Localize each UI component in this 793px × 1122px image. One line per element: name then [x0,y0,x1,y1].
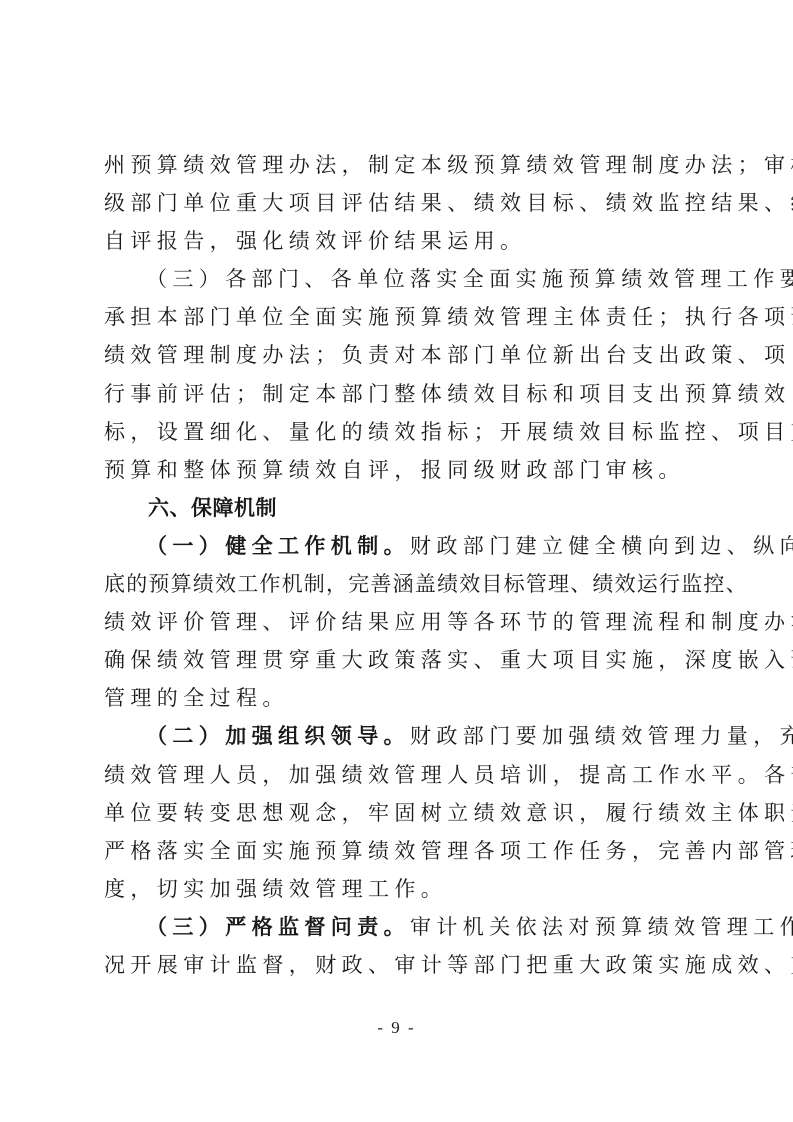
page-number: - 9 - [0,1018,793,1038]
paragraph-line: 况开展审计监督，财政、审计等部门把重大政策实施成效、支出 [104,946,692,984]
paragraph-line: 绩效评价管理、评价结果应用等各环节的管理流程和制度办法， [104,603,692,641]
paragraph-line: 绩效管理人员，加强绩效管理人员培训，提高工作水平。各部门 [104,756,692,794]
section-heading: 六、保障机制 [104,489,692,527]
paragraph-line: （三）各部门、各单位落实全面实施预算绩效管理工作要求， [104,260,692,298]
paragraph-line: 严格落实全面实施预算绩效管理各项工作任务，完善内部管理制 [104,832,692,870]
paragraph-line: 州预算绩效管理办法，制定本级预算绩效管理制度办法；审核本 [104,146,692,184]
document-body: 州预算绩效管理办法，制定本级预算绩效管理制度办法；审核本 级部门单位重大项目评估… [104,146,694,984]
paragraph-line: 标，设置细化、量化的绩效指标；开展绩效目标监控、项目支出 [104,413,692,451]
subsection-title: （三）严格监督问责。 [146,914,410,939]
paragraph-line: 单位要转变思想观念，牢固树立绩效意识，履行绩效主体职责， [104,794,692,832]
subsection-title: （一）健全工作机制。 [146,533,410,558]
paragraph-line: 预算和整体预算绩效自评，报同级财政部门审核。 [104,451,692,489]
paragraph-line: 绩效管理制度办法；负责对本部门单位新出台支出政策、项目进 [104,336,692,374]
paragraph-line: （三）严格监督问责。审计机关依法对预算绩效管理工作情 [104,908,692,946]
paragraph-line: （一）健全工作机制。财政部门建立健全横向到边、纵向到 [104,527,692,565]
paragraph-line: 级部门单位重大项目评估结果、绩效目标、绩效监控结果、绩效 [104,184,692,222]
paragraph-line: 管理的全过程。 [104,679,692,717]
paragraph-text: 财政部门要加强绩效管理力量，充实 [410,724,793,748]
paragraph-line: 度，切实加强绩效管理工作。 [104,870,692,908]
paragraph-line: 承担本部门单位全面实施预算绩效管理主体责任；执行各项预算 [104,298,692,336]
paragraph-line: 底的预算绩效工作机制，完善涵盖绩效目标管理、绩效运行监控、 [104,565,692,603]
paragraph-text: 财政部门建立健全横向到边、纵向到 [410,534,793,558]
paragraph-line: 确保绩效管理贯穿重大政策落实、重大项目实施，深度嵌入预算 [104,641,692,679]
document-page: 州预算绩效管理办法，制定本级预算绩效管理制度办法；审核本 级部门单位重大项目评估… [0,0,793,1122]
paragraph-line: 行事前评估；制定本部门整体绩效目标和项目支出预算绩效目 [104,375,692,413]
paragraph-line: 自评报告，强化绩效评价结果运用。 [104,222,692,260]
subsection-title: （二）加强组织领导。 [146,723,410,748]
paragraph-text: 审计机关依法对预算绩效管理工作情 [410,915,793,939]
paragraph-line: （二）加强组织领导。财政部门要加强绩效管理力量，充实 [104,717,692,755]
